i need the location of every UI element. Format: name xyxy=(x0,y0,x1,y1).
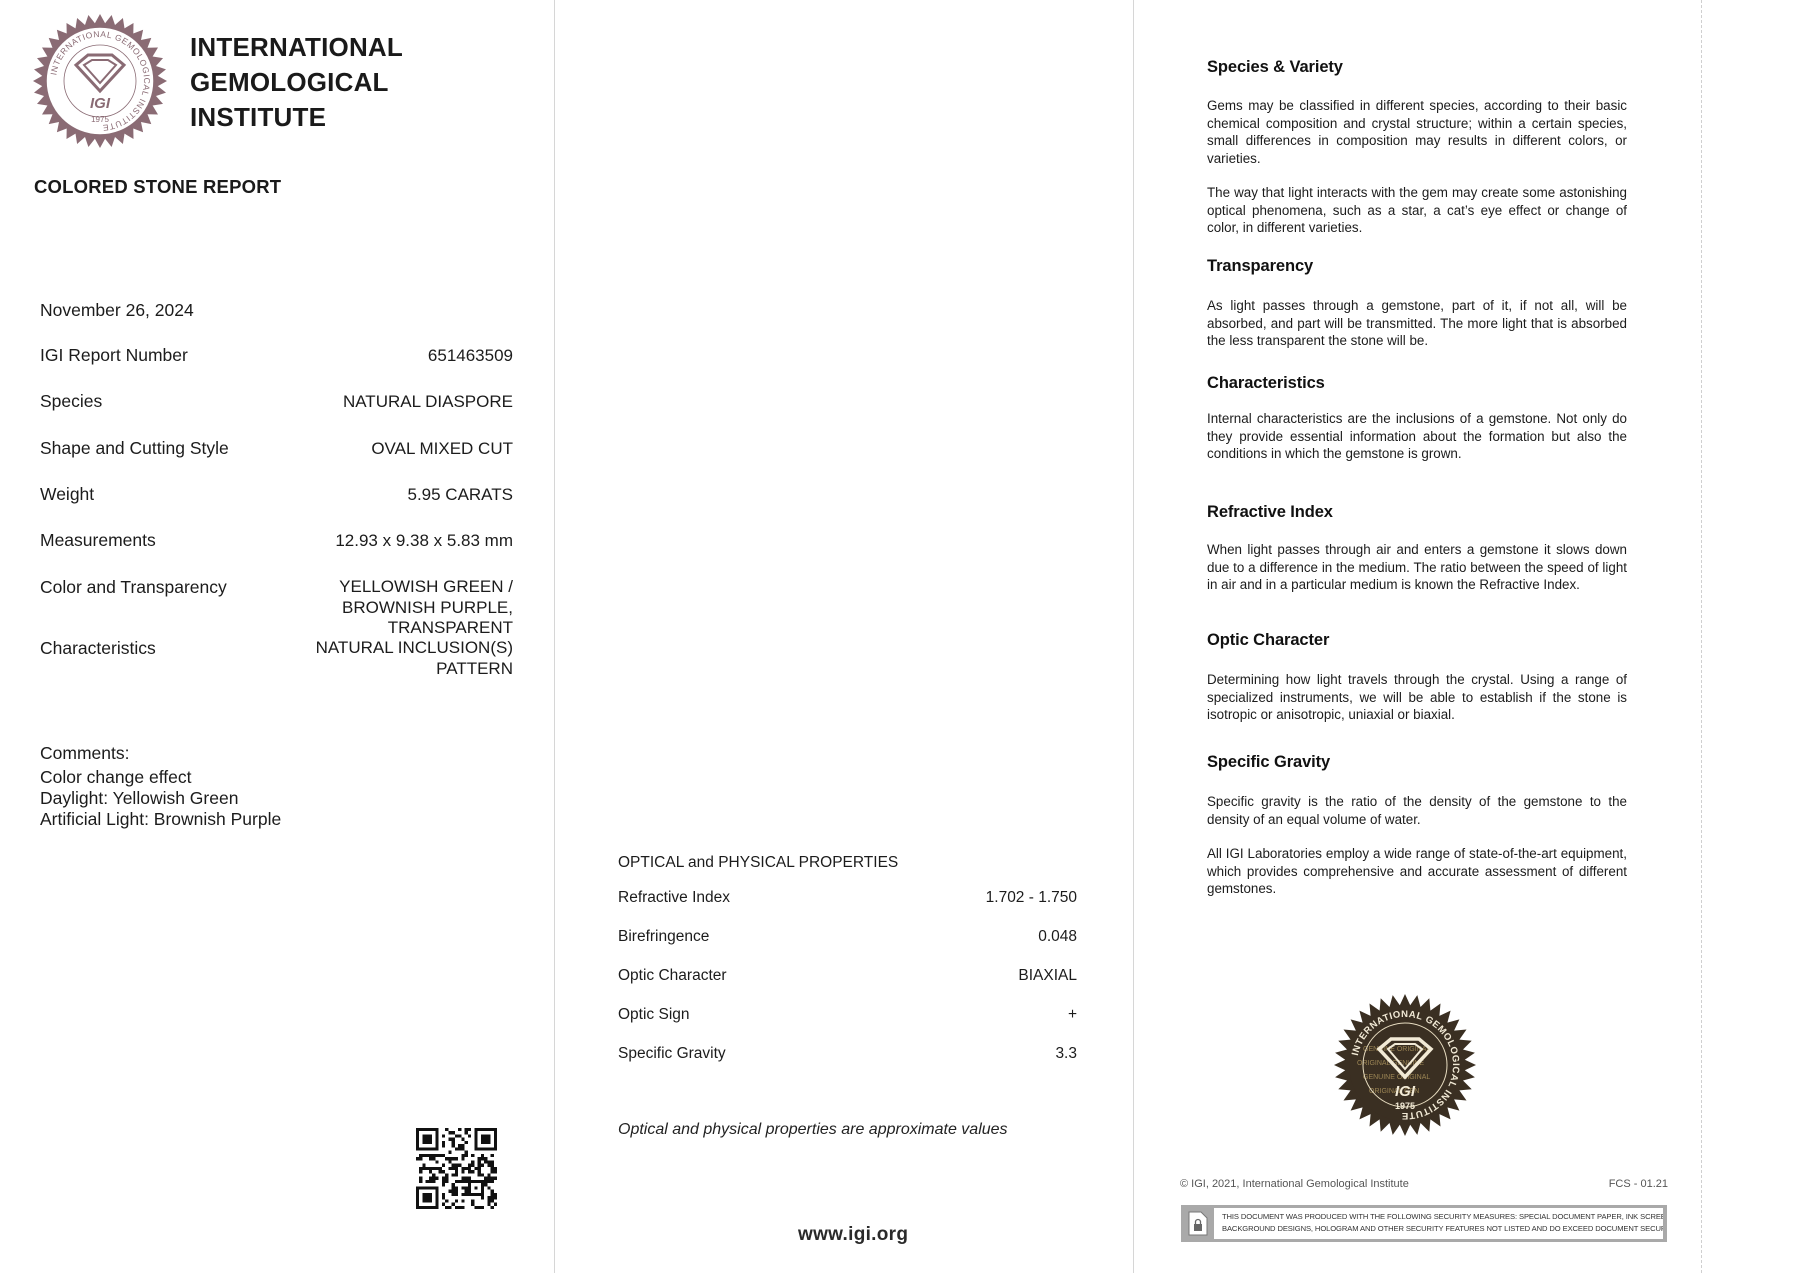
institute-name-line: GEMOLOGICAL xyxy=(190,65,403,100)
info-paragraph: Internal characteristics are the inclusi… xyxy=(1207,410,1627,463)
row-label-weight: Weight xyxy=(40,484,94,505)
comment-line: Color change effect xyxy=(40,767,281,788)
row-value-measurements: 12.93 x 9.38 x 5.83 mm xyxy=(335,531,513,552)
properties-note: Optical and physical properties are appr… xyxy=(618,1121,1008,1139)
prop-value-optic-character: BIAXIAL xyxy=(1018,967,1077,985)
info-title: Characteristics xyxy=(1207,374,1627,393)
info-section-optic-character: Optic Character Determining how light tr… xyxy=(1207,631,1627,724)
row-label-characteristics: Characteristics xyxy=(40,638,156,659)
panel-fold-right xyxy=(1133,0,1134,1273)
info-title: Transparency xyxy=(1207,257,1627,276)
hologram-seal-icon: GENUINE ORIGINAL ORIGINAL GENUINE GENUIN… xyxy=(1333,993,1477,1137)
comment-line: Artificial Light: Brownish Purple xyxy=(40,809,281,830)
prop-value-refractive-index: 1.702 - 1.750 xyxy=(986,889,1077,907)
row-label-measurements: Measurements xyxy=(40,530,156,551)
institute-name: INTERNATIONAL GEMOLOGICAL INSTITUTE xyxy=(190,30,403,135)
form-code: FCS - 01.21 xyxy=(1609,1178,1668,1190)
security-line: THIS DOCUMENT WAS PRODUCED WITH THE FOLL… xyxy=(1222,1211,1655,1223)
svg-text:1975: 1975 xyxy=(91,115,109,124)
row-value-color-transparency: YELLOWISH GREEN / BROWNISH PURPLE, TRANS… xyxy=(339,577,513,639)
comments-block: Comments: Color change effect Daylight: … xyxy=(40,743,281,830)
info-paragraph: All IGI Laboratories employ a wide range… xyxy=(1207,845,1627,898)
row-value-shape: OVAL MIXED CUT xyxy=(371,439,513,460)
prop-label-birefringence: Birefringence xyxy=(618,928,709,946)
comments-title: Comments: xyxy=(40,743,281,764)
row-label-species: Species xyxy=(40,391,102,412)
info-paragraph: As light passes through a gemstone, part… xyxy=(1207,297,1627,350)
svg-text:IGI: IGI xyxy=(1395,1083,1416,1100)
lock-document-icon xyxy=(1188,1211,1208,1236)
report-date: November 26, 2024 xyxy=(40,300,194,321)
security-text: THIS DOCUMENT WAS PRODUCED WITH THE FOLL… xyxy=(1214,1208,1663,1239)
prop-label-optic-character: Optic Character xyxy=(618,967,727,985)
row-value-report-number: 651463509 xyxy=(428,346,513,367)
security-line: BACKGROUND DESIGNS, HOLOGRAM AND OTHER S… xyxy=(1222,1223,1655,1235)
info-title: Specific Gravity xyxy=(1207,753,1627,772)
info-paragraph: The way that light interacts with the ge… xyxy=(1207,184,1627,237)
prop-label-refractive-index: Refractive Index xyxy=(618,889,730,907)
qr-code-icon[interactable] xyxy=(416,1128,497,1209)
row-label-shape: Shape and Cutting Style xyxy=(40,438,229,459)
svg-text:IGI: IGI xyxy=(90,95,111,112)
prop-label-specific-gravity: Specific Gravity xyxy=(618,1045,726,1063)
prop-label-optic-sign: Optic Sign xyxy=(618,1006,690,1024)
prop-value-specific-gravity: 3.3 xyxy=(1055,1045,1077,1063)
security-notice: THIS DOCUMENT WAS PRODUCED WITH THE FOLL… xyxy=(1181,1205,1667,1242)
info-paragraph: When light passes through air and enters… xyxy=(1207,541,1627,594)
prop-value-birefringence: 0.048 xyxy=(1038,928,1077,946)
comment-line: Daylight: Yellowish Green xyxy=(40,788,281,809)
info-section-refractive-index: Refractive Index When light passes throu… xyxy=(1207,503,1627,594)
info-title: Species & Variety xyxy=(1207,58,1627,77)
info-title: Optic Character xyxy=(1207,631,1627,650)
info-paragraph: Determining how light travels through th… xyxy=(1207,671,1627,724)
svg-text:1975: 1975 xyxy=(1395,1101,1415,1111)
institute-name-line: INSTITUTE xyxy=(190,100,403,135)
institute-name-line: INTERNATIONAL xyxy=(190,30,403,65)
row-value-weight: 5.95 CARATS xyxy=(407,485,513,506)
website-link[interactable]: www.igi.org xyxy=(798,1224,908,1246)
igi-seal-icon: INTERNATIONAL GEMOLOGICAL INSTITUTE IGI … xyxy=(32,13,168,149)
info-section-transparency: Transparency As light passes through a g… xyxy=(1207,257,1627,350)
info-paragraph: Specific gravity is the ratio of the den… xyxy=(1207,793,1627,828)
copyright-text: © IGI, 2021, International Gemological I… xyxy=(1180,1178,1409,1190)
prop-value-optic-sign: + xyxy=(1068,1006,1077,1024)
info-section-specific-gravity: Specific Gravity Specific gravity is the… xyxy=(1207,753,1627,898)
info-section-species: Species & Variety Gems may be classified… xyxy=(1207,58,1627,237)
info-title: Refractive Index xyxy=(1207,503,1627,522)
row-label-color-transparency: Color and Transparency xyxy=(40,577,227,598)
report-title: COLORED STONE REPORT xyxy=(34,176,281,198)
info-paragraph: Gems may be classified in different spec… xyxy=(1207,97,1627,167)
row-label-report-number: IGI Report Number xyxy=(40,345,188,366)
panel-fold-edge xyxy=(1701,0,1702,1273)
info-section-characteristics: Characteristics Internal characteristics… xyxy=(1207,374,1627,463)
svg-text:GENUINE ORIGINAL: GENUINE ORIGINAL xyxy=(1363,1074,1430,1081)
panel-fold-left xyxy=(554,0,555,1273)
row-value-species: NATURAL DIASPORE xyxy=(343,392,513,413)
properties-header: OPTICAL and PHYSICAL PROPERTIES xyxy=(618,854,898,872)
row-value-characteristics: NATURAL INCLUSION(S) PATTERN xyxy=(316,638,513,679)
